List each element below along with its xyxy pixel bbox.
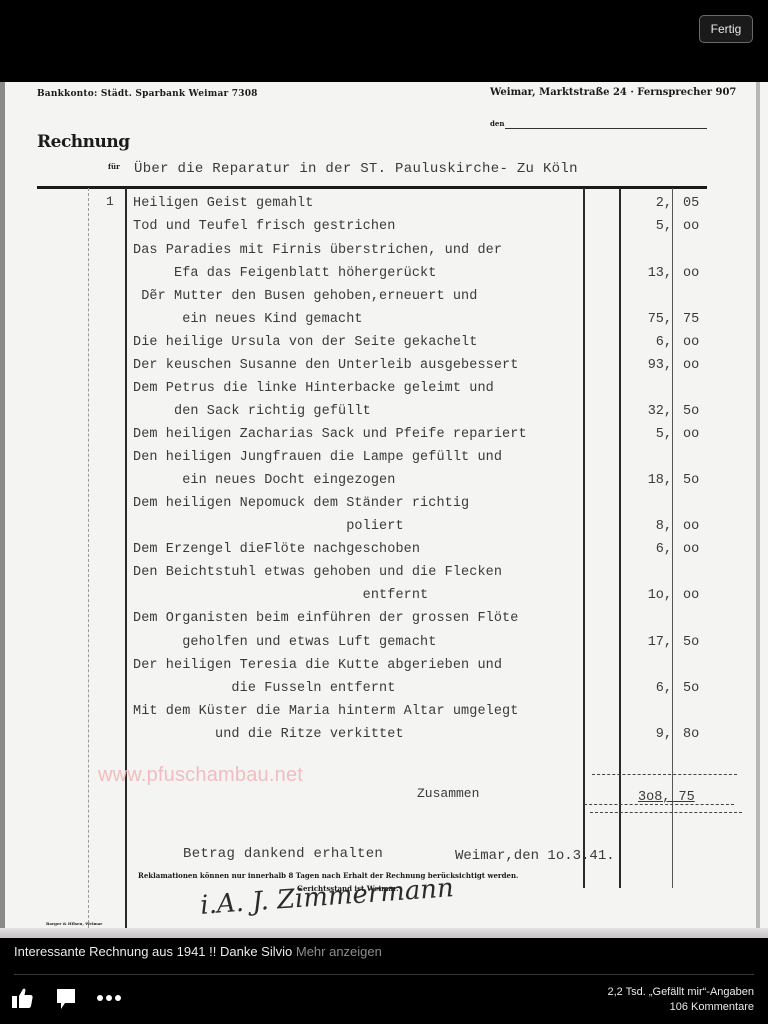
post-stats: 2,2 Tsd. „Gefällt mir“-Angaben 106 Komme… bbox=[607, 985, 754, 1015]
amount-marks: 32, bbox=[612, 404, 672, 419]
position-number: 1 bbox=[106, 194, 114, 209]
sum-rule bbox=[592, 774, 737, 775]
invoice-item-line: Den heiligen Jungfrauen die Lampe gefüll… bbox=[133, 450, 502, 465]
amount-pfennig: 5o bbox=[683, 635, 699, 650]
like-icon[interactable] bbox=[12, 988, 36, 1010]
watermark: www.pfuschambau.net bbox=[98, 764, 303, 787]
invoice-subject: Über die Reparatur in der ST. Pauluskirc… bbox=[134, 161, 578, 177]
column-line bbox=[125, 188, 127, 928]
for-label: für bbox=[108, 162, 120, 171]
amount-pfennig: 5o bbox=[683, 473, 699, 488]
invoice-item-line: Dem Erzengel dieFlöte nachgeschoben bbox=[133, 542, 420, 557]
amount-pfennig: 8o bbox=[683, 727, 699, 742]
column-line bbox=[672, 188, 673, 888]
invoice-item-line: Das Paradies mit Firnis überstrichen, un… bbox=[133, 243, 502, 258]
invoice-title: Rechnung bbox=[37, 132, 130, 152]
paper-edge bbox=[0, 928, 768, 938]
amount-marks: 5, bbox=[612, 427, 672, 442]
divider bbox=[14, 974, 754, 975]
signature: i.A. J. Zimmermann bbox=[199, 873, 454, 921]
total-label: Zusammen bbox=[417, 786, 479, 801]
invoice-item-line: ein neues Docht eingezogen bbox=[133, 473, 395, 488]
invoice-item-line: und die Ritze verkittet bbox=[133, 727, 404, 742]
invoice-item-line: Efa das Feigenblatt höhergerückt bbox=[133, 266, 436, 281]
caption-text: Interessante Rechnung aus 1941 !! Danke … bbox=[14, 944, 292, 959]
header-rule bbox=[37, 186, 707, 189]
invoice-item-line: Dem heiligen Nepomuck dem Ständer richti… bbox=[133, 496, 469, 511]
invoice-item-line: Mit dem Küster die Maria hinterm Altar u… bbox=[133, 704, 518, 719]
paper-edge bbox=[756, 82, 760, 938]
invoice-item-line: Dem heiligen Zacharias Sack und Pfeife r… bbox=[133, 427, 527, 442]
invoice-item-line: Dem Petrus die linke Hinterbacke geleimt… bbox=[133, 381, 494, 396]
amount-pfennig: oo bbox=[683, 358, 699, 373]
invoice-item-line: ein neues Kind gemacht bbox=[133, 312, 363, 327]
amount-pfennig: 5o bbox=[683, 681, 699, 696]
amount-marks: 6, bbox=[612, 542, 672, 557]
amount-marks: 6, bbox=[612, 335, 672, 350]
amount-marks: 93, bbox=[612, 358, 672, 373]
invoice-item-line: Der heiligen Teresia die Kutte abgeriebe… bbox=[133, 658, 502, 673]
more-link[interactable]: Mehr anzeigen bbox=[296, 944, 382, 959]
amount-marks: 18, bbox=[612, 473, 672, 488]
comments-count[interactable]: 106 Kommentare bbox=[607, 1000, 754, 1015]
amount-marks: 8, bbox=[612, 519, 672, 534]
amount-marks: 1o, bbox=[612, 588, 672, 603]
amount-pfennig: oo bbox=[683, 335, 699, 350]
amount-pfennig: 5o bbox=[683, 404, 699, 419]
amount-marks: 5, bbox=[612, 219, 672, 234]
complaint-note: Reklamationen können nur innerhalb 8 Tag… bbox=[138, 871, 519, 880]
amount-marks: 6, bbox=[612, 681, 672, 696]
date-label: den bbox=[490, 119, 504, 128]
sum-rule bbox=[590, 812, 742, 813]
amount-marks: 9, bbox=[612, 727, 672, 742]
invoice-item-line: Den Beichtstuhl etwas gehoben und die Fl… bbox=[133, 565, 502, 580]
amount-pfennig: 05 bbox=[683, 196, 699, 211]
amount-marks: 75, bbox=[612, 312, 672, 327]
amount-marks: 17, bbox=[612, 635, 672, 650]
viewer-top-bar: Fertig bbox=[0, 0, 768, 82]
amount-pfennig: oo bbox=[683, 519, 699, 534]
column-line bbox=[619, 188, 621, 888]
invoice-item-line: Die heilige Ursula von der Seite gekache… bbox=[133, 335, 477, 350]
sum-rule bbox=[584, 804, 734, 805]
more-options-icon[interactable] bbox=[96, 988, 124, 1010]
bank-account: Bankkonto: Städt. Sparbank Weimar 7308 bbox=[37, 89, 258, 99]
invoice-item-line: Dem Organisten beim einführen der grosse… bbox=[133, 611, 518, 626]
post-footer: Interessante Rechnung aus 1941 !! Danke … bbox=[0, 938, 768, 1024]
company-address: Weimar, Marktstraße 24 · Fernsprecher 90… bbox=[490, 87, 736, 98]
amount-pfennig: oo bbox=[683, 588, 699, 603]
amount-pfennig: oo bbox=[683, 219, 699, 234]
invoice-item-line: den Sack richtig gefüllt bbox=[133, 404, 371, 419]
comment-icon[interactable] bbox=[56, 988, 80, 1010]
invoice-item-line: entfernt bbox=[133, 588, 428, 603]
total-amount: 3o8, 75 bbox=[638, 790, 695, 805]
amount-marks: 2, bbox=[612, 196, 672, 211]
likes-count[interactable]: 2,2 Tsd. „Gefällt mir“-Angaben bbox=[607, 985, 754, 1000]
printer-imprint: Barger & Hilsen, Weimar bbox=[46, 921, 102, 926]
invoice-item-line: Heiligen Geist gemahlt bbox=[133, 196, 313, 211]
amount-pfennig: oo bbox=[683, 542, 699, 557]
amount-pfennig: oo bbox=[683, 427, 699, 442]
invoice-item-line: Tod und Teufel frisch gestrichen bbox=[133, 219, 395, 234]
place-date: Weimar,den 1o.3.41. bbox=[455, 848, 615, 864]
invoice-item-line: geholfen und etwas Luft gemacht bbox=[133, 635, 436, 650]
invoice-item-line: Dẽr Mutter den Busen gehoben,erneuert un… bbox=[133, 289, 477, 304]
invoice-item-line: poliert bbox=[133, 519, 404, 534]
column-line bbox=[88, 188, 89, 928]
invoice-photo: Bankkonto: Städt. Sparbank Weimar 7308 W… bbox=[0, 82, 768, 938]
invoice-item-line: die Fusseln entfernt bbox=[133, 681, 395, 696]
amount-pfennig: oo bbox=[683, 266, 699, 281]
column-line bbox=[583, 188, 585, 888]
amount-pfennig: 75 bbox=[683, 312, 699, 327]
date-line bbox=[505, 128, 707, 129]
invoice-item-line: Der keuschen Susanne den Unterleib ausge… bbox=[133, 358, 518, 373]
amount-marks: 13, bbox=[612, 266, 672, 281]
paper-edge bbox=[0, 82, 5, 938]
done-button[interactable]: Fertig bbox=[699, 15, 753, 43]
received-text: Betrag dankend erhalten bbox=[183, 846, 383, 862]
post-caption: Interessante Rechnung aus 1941 !! Danke … bbox=[14, 944, 382, 959]
